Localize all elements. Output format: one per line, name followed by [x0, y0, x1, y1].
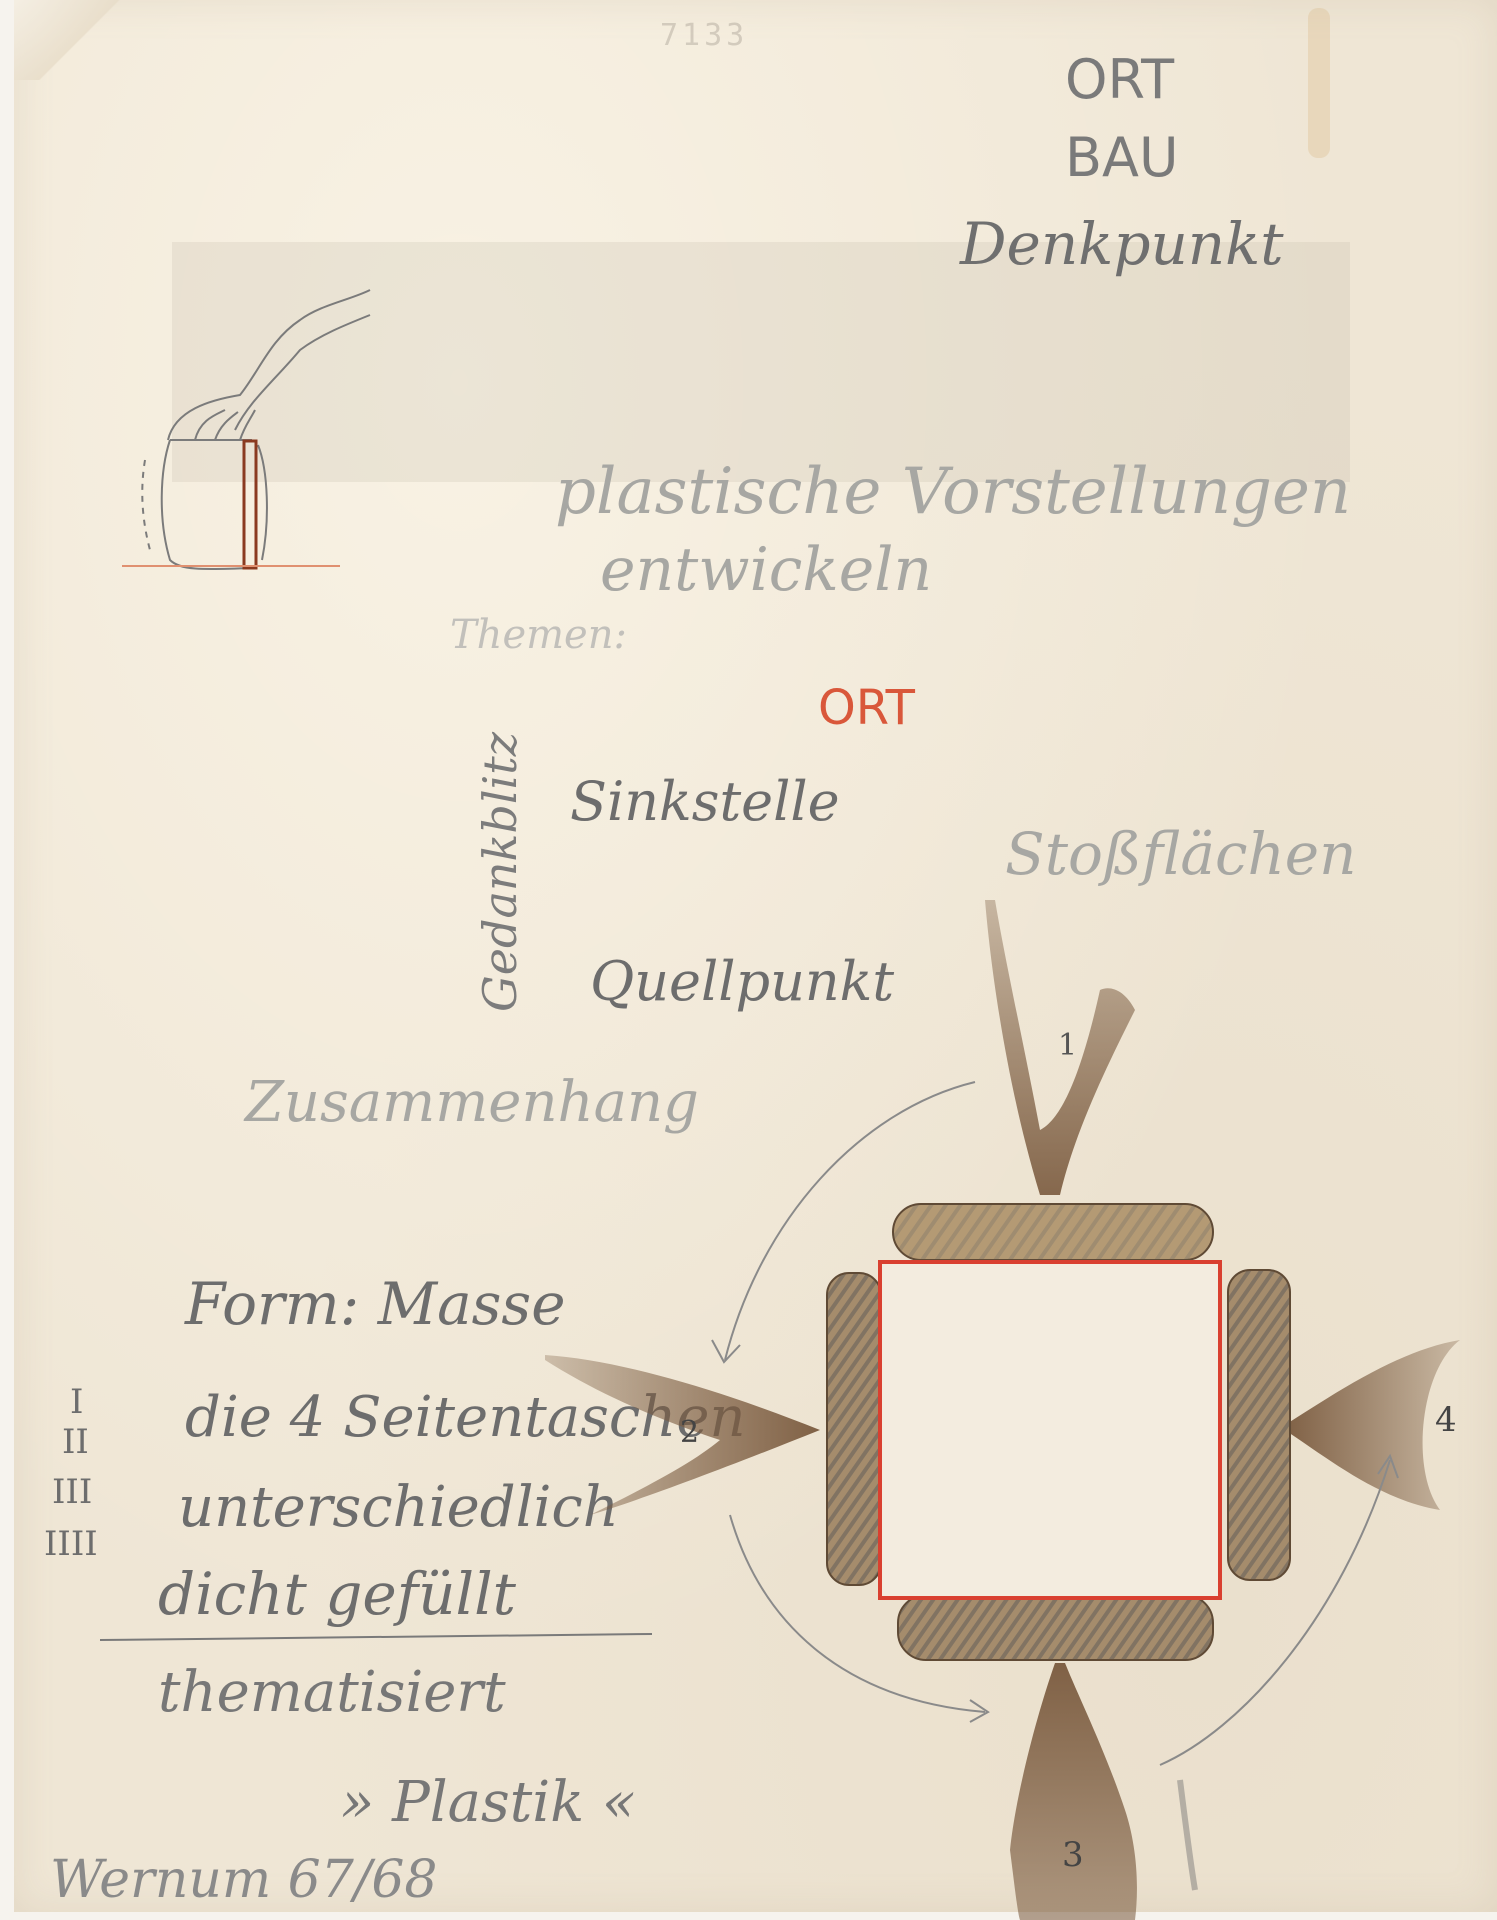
central-square — [880, 1262, 1220, 1598]
diagram-label-2: 2 — [680, 1415, 699, 1450]
pocket-left — [827, 1273, 881, 1585]
pencil-smudge — [1180, 1780, 1195, 1890]
divider-line — [100, 1634, 652, 1640]
red-block-outline — [244, 441, 256, 568]
wash-arrow-3 — [1010, 1663, 1137, 1920]
diagram-label-1: 1 — [1058, 1028, 1077, 1063]
pocket-bottom — [898, 1595, 1213, 1660]
diagram-label-4: 4 — [1435, 1400, 1457, 1440]
diagram-label-3: 3 — [1062, 1835, 1084, 1875]
pocket-top — [893, 1204, 1213, 1260]
pocket-right — [1228, 1270, 1290, 1580]
wash-arrow-4 — [1285, 1340, 1460, 1510]
sketch-layer — [0, 0, 1497, 1920]
